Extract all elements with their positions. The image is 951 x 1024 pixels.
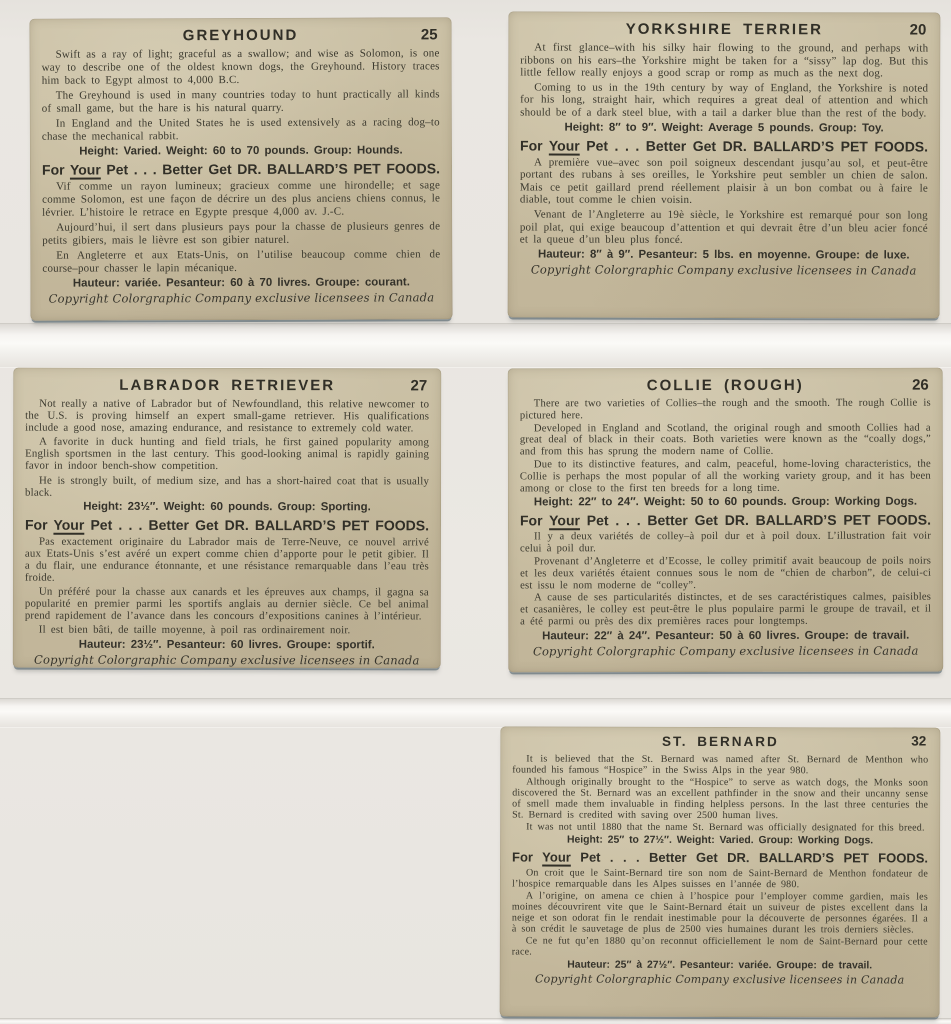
slogan-word-for: For	[42, 162, 65, 178]
ballards-slogan: For Your Pet . . . Better Get DR. BALLAR…	[25, 516, 429, 533]
english-paragraph: Not really a native of Labrador but of N…	[25, 398, 429, 435]
slogan-word-your: Your	[549, 137, 580, 153]
french-paragraph: Ce ne fut qu’en 1880 qu’on reconnut offi…	[512, 935, 928, 958]
stats-line-french: Hauteur: 22″ à 24″. Pesanteur: 50 à 60 l…	[520, 629, 931, 642]
french-paragraph: Un préféré pour la chasse aux canards et…	[25, 586, 429, 623]
english-paragraph: In England and the United States he is u…	[42, 116, 440, 143]
card-album-sheet: GREYHOUND 25 Swift as a ray of light; gr…	[0, 0, 951, 1024]
french-paragraph: Pas exactement originaire du Labrador ma…	[25, 535, 429, 584]
slogan-word-for: For	[512, 849, 533, 864]
card-number: 27	[411, 377, 428, 394]
slogan-word-for: For	[25, 516, 48, 532]
copyright-line: Copyright Colorgraphic Company exclusive…	[42, 290, 440, 305]
english-paragraph: Although originally brought to the “Hosp…	[512, 776, 928, 821]
trading-card: YORKSHIRE TERRIER 20 At first glance–wit…	[508, 11, 941, 318]
card-number: 32	[911, 734, 926, 749]
copyright-line: Copyright Colorgraphic Company exclusive…	[25, 652, 429, 667]
pocket-seam-row1	[0, 323, 951, 368]
english-text-block: At first glance–with his silky hair flow…	[520, 41, 928, 120]
english-paragraph: At first glance–with his silky hair flow…	[520, 41, 928, 80]
slogan-rest: Pet . . . Better Get DR. BALLARD’S PET F…	[90, 517, 429, 534]
trading-card: COLLIE (ROUGH) 26 There are two varietie…	[508, 368, 944, 673]
copyright-line: Copyright Colorgraphic Company exclusive…	[520, 643, 931, 658]
slogan-word-for: For	[520, 137, 543, 153]
french-paragraph: Vif comme un rayon lumineux; gracieux co…	[42, 179, 440, 219]
stats-line-english: Height: 8″ to 9″. Weight: Average 5 poun…	[520, 121, 928, 134]
card-header: YORKSHIRE TERRIER 20	[520, 20, 928, 39]
english-paragraph: It is believed that the St. Bernard was …	[512, 753, 928, 776]
trading-card: ST. BERNARD 32 It is believed that the S…	[500, 726, 941, 1017]
slogan-rest: Pet . . . Better Get DR. BALLARD’S PET F…	[106, 160, 440, 177]
stats-line-english: Height: Varied. Weight: 60 to 70 pounds.…	[42, 144, 440, 157]
ballards-slogan: For Your Pet . . . Better Get DR. BALLAR…	[520, 137, 928, 154]
english-text-block: There are two varieties of Collies–the r…	[520, 398, 931, 495]
pocket-seam-bottom	[0, 1018, 951, 1024]
english-paragraph: Due to its distinctive features, and cal…	[520, 459, 931, 495]
french-text-block: Il y a deux variétés de colley–à poil du…	[520, 531, 931, 628]
ballards-slogan: For Your Pet . . . Better Get DR. BALLAR…	[520, 512, 931, 529]
french-paragraph: Provenant d’Angleterre et d’Ecosse, le c…	[520, 556, 931, 592]
copyright-line: Copyright Colorgraphic Company exclusive…	[512, 972, 928, 986]
stats-line-french: Hauteur: 23½″. Pesanteur: 60 livres. Gro…	[25, 638, 429, 651]
french-paragraph: A première vue–avec son poil soigneux de…	[520, 156, 928, 207]
english-paragraph: Swift as a ray of light; graceful as a s…	[42, 47, 440, 87]
english-paragraph: It was not until 1880 that the name St. …	[512, 821, 928, 833]
slogan-word-your: Your	[542, 850, 571, 865]
trading-card: LABRADOR RETRIEVER 27 Not really a nativ…	[13, 368, 442, 669]
card-number: 26	[912, 377, 929, 394]
french-paragraph: A l’origine, on amena ce chien à l’hospi…	[512, 890, 928, 935]
stats-line-english: Height: 25″ to 27½″. Weight: Varied. Gro…	[512, 834, 928, 846]
english-paragraph: The Greyhound is used in many countries …	[42, 88, 440, 115]
english-paragraph: A favorite in duck hunting and field tri…	[25, 436, 429, 473]
card-number: 25	[421, 26, 438, 43]
french-text-block: On croit que le Saint-Bernard tire son n…	[512, 867, 928, 958]
copyright-line: Copyright Colorgraphic Company exclusive…	[520, 262, 928, 277]
card-header: ST. BERNARD 32	[512, 732, 928, 751]
english-text-block: It is believed that the St. Bernard was …	[512, 753, 928, 833]
stats-line-french: Hauteur: variée. Pesanteur: 60 à 70 livr…	[42, 276, 440, 289]
breed-title: COLLIE (ROUGH)	[647, 377, 804, 394]
slogan-word-for: For	[520, 513, 543, 529]
english-paragraph: Coming to us in the 19th century by way …	[520, 81, 928, 120]
english-text-block: Swift as a ray of light; graceful as a s…	[42, 47, 440, 143]
slogan-rest: Pet . . . Better Get DR. BALLARD’S PET F…	[586, 137, 928, 154]
stats-line-french: Hauteur: 8″ à 9″. Pesanteur: 5 lbs. en m…	[520, 248, 928, 261]
french-text-block: Vif comme un rayon lumineux; gracieux co…	[42, 179, 440, 275]
stats-line-english: Height: 22″ to 24″. Weight: 50 to 60 pou…	[520, 496, 931, 509]
breed-title: ST. BERNARD	[662, 734, 779, 749]
card-header: LABRADOR RETRIEVER 27	[25, 377, 429, 396]
french-paragraph: Il est bien bâti, de taille moyenne, à p…	[25, 624, 429, 637]
slogan-word-your: Your	[70, 161, 101, 177]
french-paragraph: A cause de ses particularités distinctes…	[520, 592, 931, 628]
french-text-block: Pas exactement originaire du Labrador ma…	[25, 535, 429, 636]
stats-line-english: Height: 23½″. Weight: 60 pounds. Group: …	[25, 500, 429, 513]
french-text-block: A première vue–avec son poil soigneux de…	[520, 156, 928, 247]
card-header: COLLIE (ROUGH) 26	[520, 377, 931, 396]
breed-title: GREYHOUND	[183, 27, 299, 44]
trading-card: GREYHOUND 25 Swift as a ray of light; gr…	[29, 17, 452, 320]
slogan-rest: Pet . . . Better Get DR. BALLARD’S PET F…	[580, 850, 928, 866]
stats-line-french: Hauteur: 25″ à 27½″. Pesanteur: variée. …	[512, 959, 928, 971]
card-header: GREYHOUND 25	[42, 26, 440, 45]
slogan-word-your: Your	[549, 513, 580, 529]
english-paragraph: There are two varieties of Collies–the r…	[520, 398, 931, 422]
english-text-block: Not really a native of Labrador but of N…	[25, 398, 429, 499]
english-paragraph: He is strongly built, of medium size, an…	[25, 474, 429, 499]
ballards-slogan: For Your Pet . . . Better Get DR. BALLAR…	[512, 849, 928, 865]
slogan-rest: Pet . . . Better Get DR. BALLARD’S PET F…	[587, 512, 931, 529]
ballards-slogan: For Your Pet . . . Better Get DR. BALLAR…	[42, 160, 440, 177]
breed-title: YORKSHIRE TERRIER	[626, 21, 823, 39]
french-paragraph: On croit que le Saint-Bernard tire son n…	[512, 867, 928, 890]
pocket-seam-row2	[0, 698, 951, 728]
english-paragraph: Developed in England and Scotland, the o…	[520, 422, 931, 458]
french-paragraph: Aujourd’hui, il sert dans plusieurs pays…	[42, 220, 440, 247]
breed-title: LABRADOR RETRIEVER	[119, 377, 335, 394]
card-number: 20	[910, 21, 927, 38]
french-paragraph: Il y a deux variétés de colley–à poil du…	[520, 531, 931, 555]
french-paragraph: Venant de l’Angleterre au 19è siècle, le…	[520, 208, 928, 247]
slogan-word-your: Your	[53, 516, 84, 532]
french-paragraph: En Angleterre et aux Etats-Unis, on l’ut…	[42, 248, 440, 275]
